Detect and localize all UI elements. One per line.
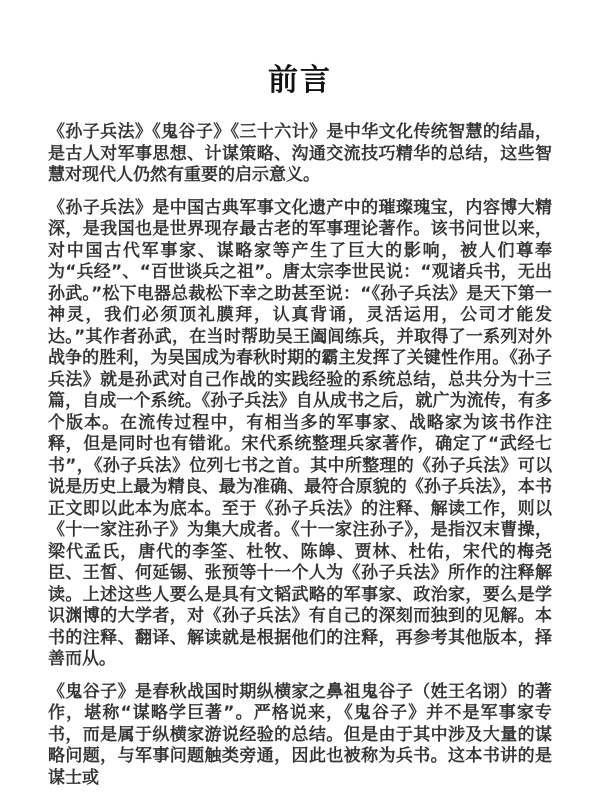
paragraph-sunzi-bingfa: 《孙子兵法》是中国古典军事文化遗产中的璀璨瑰宝，内容博大精深，是我国也是世界现存… <box>48 198 552 671</box>
preface-page: 前言 《孙子兵法》《鬼谷子》《三十六计》是中华文化传统智慧的结晶，是古人对军事思… <box>0 0 600 800</box>
preface-body: 《孙子兵法》《鬼谷子》《三十六计》是中华文化传统智慧的结晶，是古人对军事思想、计… <box>48 122 552 789</box>
paragraph-guiguzi: 《鬼谷子》是春秋战国时期纵横家之鼻祖鬼谷子（姓王名诩）的著作，堪称“谋略学巨著”… <box>48 682 552 790</box>
page-title: 前言 <box>48 62 552 100</box>
paragraph-intro: 《孙子兵法》《鬼谷子》《三十六计》是中华文化传统智慧的结晶，是古人对军事思想、计… <box>48 122 552 187</box>
